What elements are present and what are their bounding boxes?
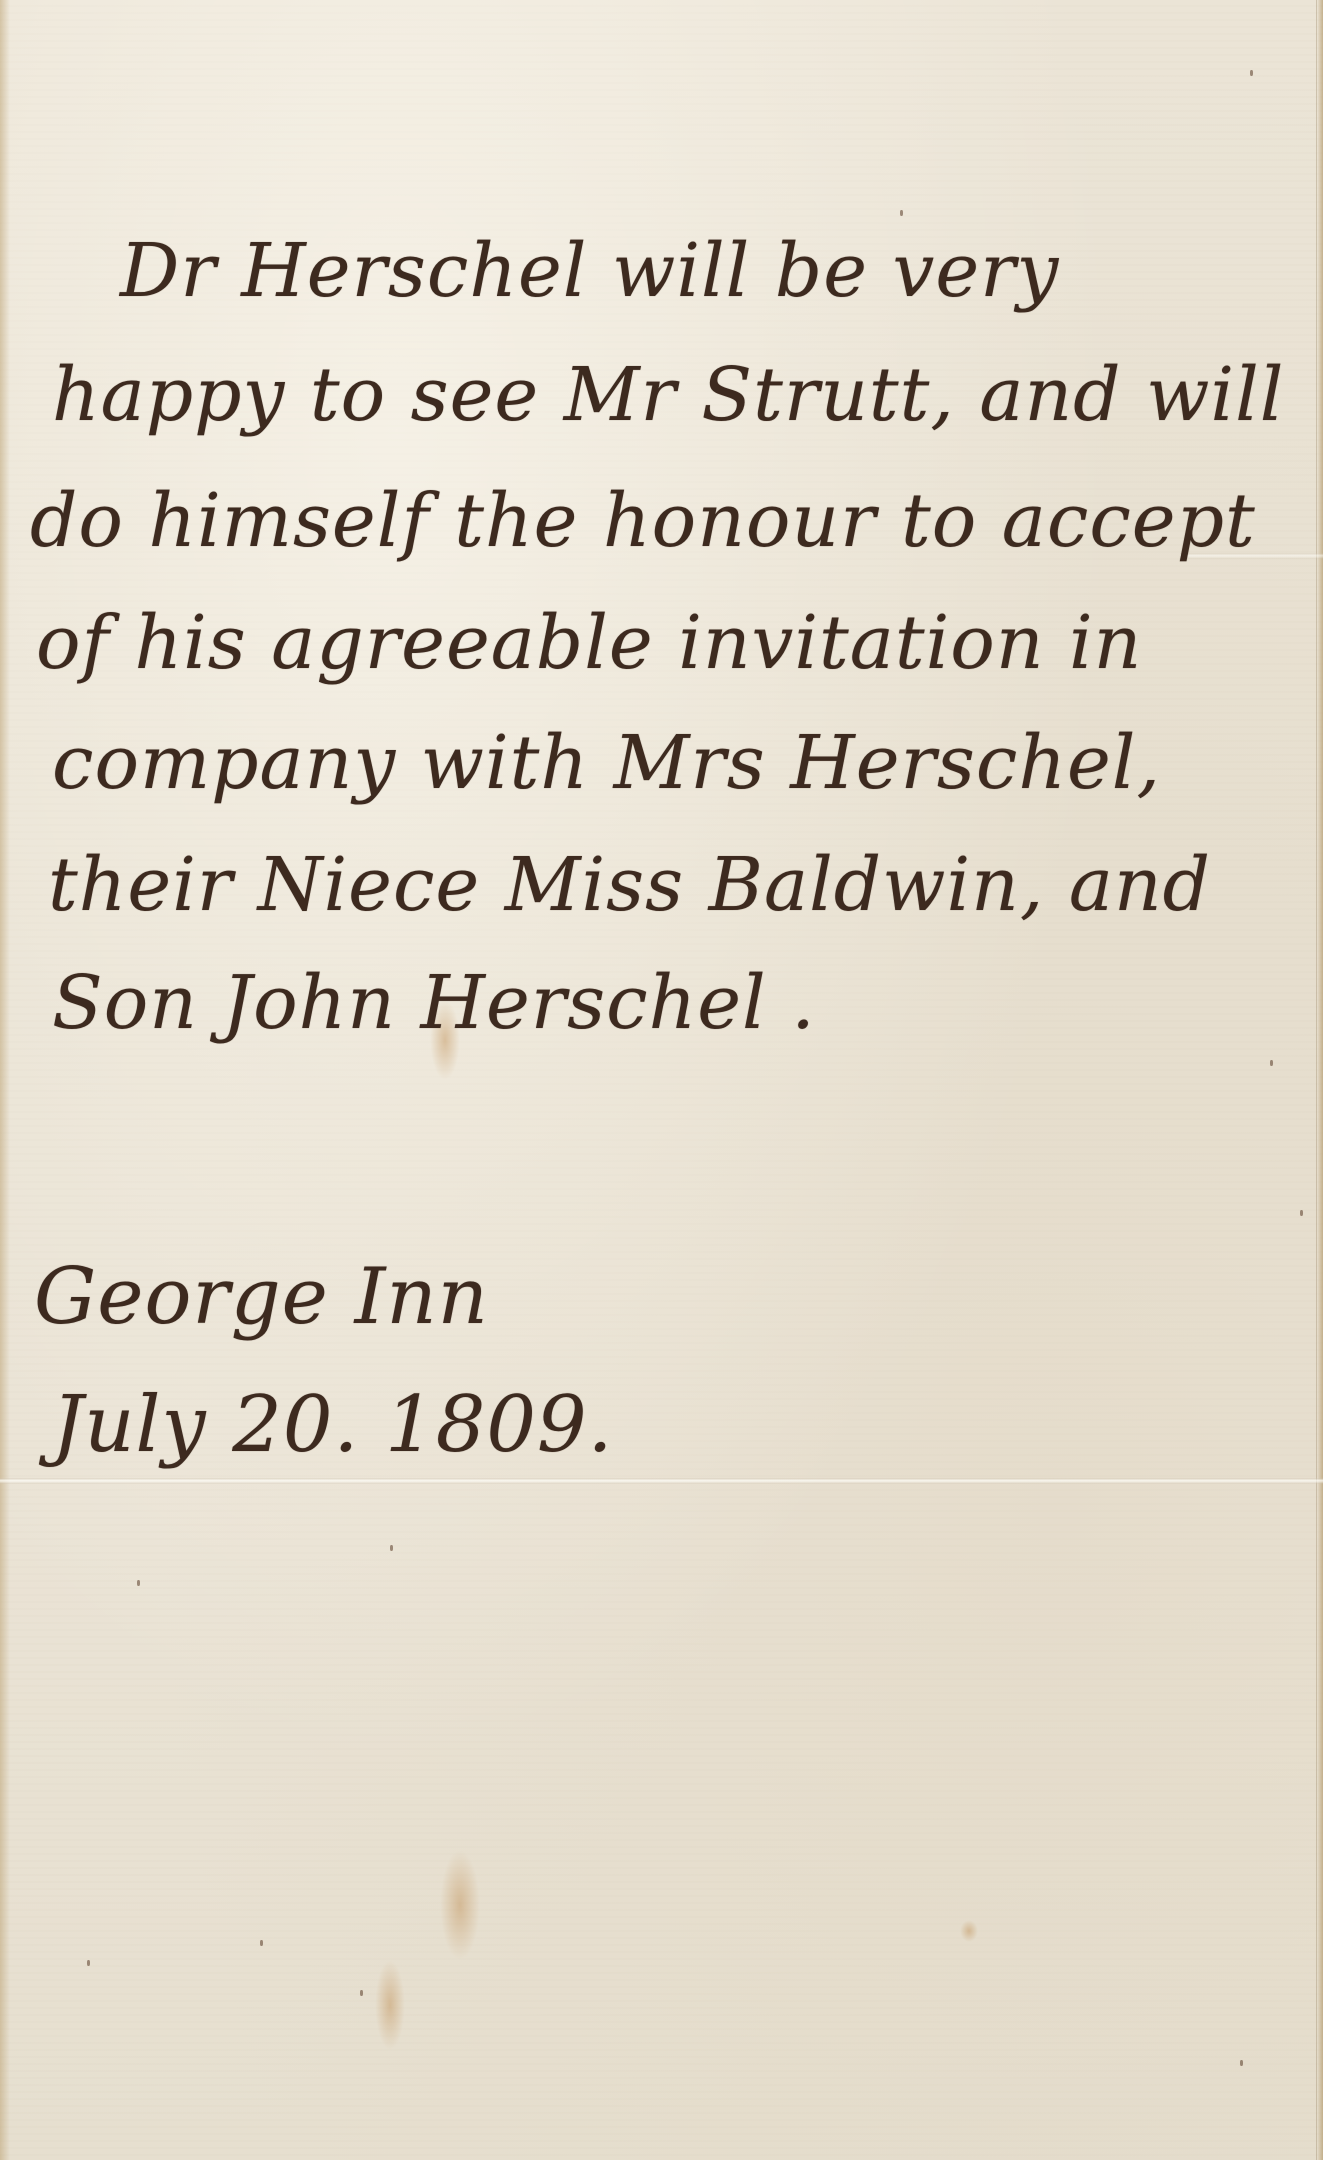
paper-speck [1250,70,1253,76]
letter-line-3: do himself the honour to accept [30,478,1256,564]
paper-speck [1240,2060,1243,2066]
paper-speck [137,1580,140,1586]
paper-left-edge [0,0,10,2160]
letter-line-6: their Niece Miss Baldwin, and [48,842,1211,928]
closing-place: George Inn [34,1252,489,1342]
closing-date: July 20. 1809. [52,1380,613,1470]
paper-speck [1300,1210,1303,1216]
paper-right-edge [1317,0,1323,2160]
letter-line-7: Son John Herschel . [52,960,816,1046]
letter-line-2: happy to see Mr Strutt, and will [52,352,1284,438]
letter-line-4: of his agreeable invitation in [36,600,1142,686]
foxing-stain [440,1850,480,1960]
letter-page: Dr Herschel will be very happy to see Mr… [0,0,1323,2160]
paper-speck [260,1940,263,1946]
paper-right-edge-line [1316,0,1317,2160]
foxing-stain [375,1960,405,2050]
paper-speck [1270,1060,1273,1066]
paper-speck [390,1545,393,1551]
foxing-stain [960,1920,978,1942]
paper-speck [360,1990,363,1996]
paper-speck [87,1960,90,1966]
letter-line-1: Dr Herschel will be very [120,228,1059,314]
letter-line-5: company with Mrs Herschel, [52,720,1161,806]
paper-speck [900,210,903,216]
horizontal-fold-crease [0,1478,1323,1484]
